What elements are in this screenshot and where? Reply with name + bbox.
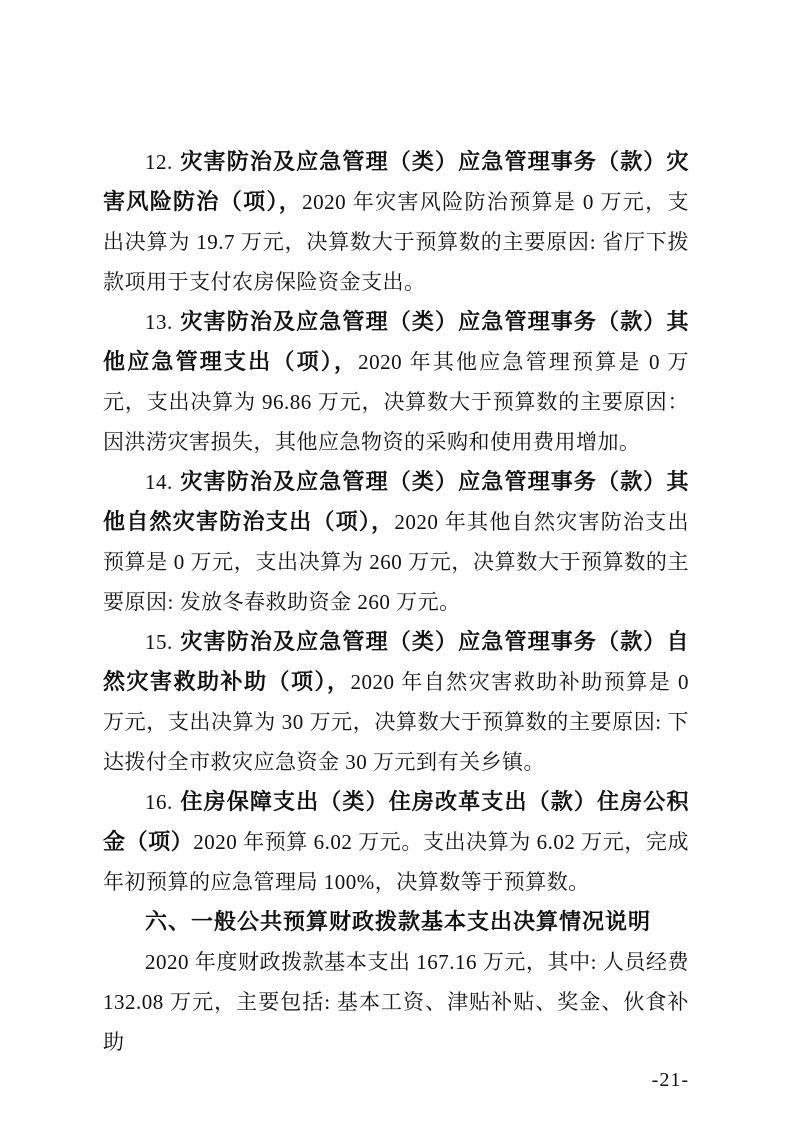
page-number: -21- [103, 1066, 689, 1094]
paragraph-number: 14. [145, 470, 173, 494]
closing-paragraph: 2020 年度财政拨款基本支出 167.16 万元，其中: 人员经费 132.0… [103, 942, 689, 1062]
paragraph-number: 15. [145, 630, 173, 654]
section-heading: 六、一般公共预算财政拨款基本支出决算情况说明 [103, 902, 689, 942]
budget-item-paragraph-13: 13.灾害防治及应急管理（类）应急管理事务（款）其他应急管理支出（项），2020… [103, 302, 689, 462]
paragraph-number: 16. [145, 790, 173, 814]
budget-item-paragraph-14: 14.灾害防治及应急管理（类）应急管理事务（款）其他自然灾害防治支出（项），20… [103, 462, 689, 622]
document-content: 12.灾害防治及应急管理（类）应急管理事务（款）灾害风险防治（项），2020 年… [103, 142, 689, 1094]
closing-paragraph-text: 2020 年度财政拨款基本支出 167.16 万元，其中: 人员经费 132.0… [103, 950, 689, 1054]
paragraph-number: 12. [145, 150, 173, 174]
budget-item-paragraph-12: 12.灾害防治及应急管理（类）应急管理事务（款）灾害风险防治（项），2020 年… [103, 142, 689, 302]
budget-item-paragraph-15: 15.灾害防治及应急管理（类）应急管理事务（款）自然灾害救助补助（项），2020… [103, 622, 689, 782]
paragraph-number: 13. [145, 310, 173, 334]
document-page: 12.灾害防治及应急管理（类）应急管理事务（款）灾害风险防治（项），2020 年… [0, 0, 793, 1122]
budget-item-paragraph-16: 16.住房保障支出（类）住房改革支出（款）住房公积金（项）2020 年预算 6.… [103, 782, 689, 902]
